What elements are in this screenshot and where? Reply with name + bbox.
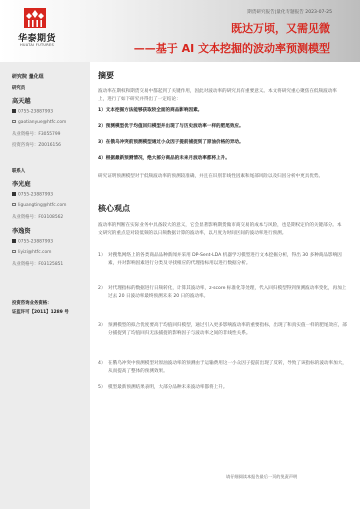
report-meta: 期货研究报告|量化专题报告 2023-07-25 bbox=[247, 9, 332, 15]
contact-email[interactable]: liyizi@htfc.com bbox=[12, 250, 51, 255]
department: 研究院 量化组 bbox=[12, 73, 44, 80]
email-icon bbox=[12, 250, 16, 253]
contact-email[interactable]: liguangting@htfc.com bbox=[12, 203, 66, 208]
core-point: 5） 模型最新预测结果表明，大部分品种未来波动率都将上升。 bbox=[98, 384, 350, 392]
contact-name: 李光庭 bbox=[12, 179, 31, 188]
core-point: 4） 在俄乌冲突中预测模型对原油波动率的预测由于运输费用这一小众因子提前出现了反… bbox=[98, 360, 350, 376]
researcher-label: 研究员 bbox=[12, 85, 25, 91]
contact-license: 从业资格号：F03125851 bbox=[12, 261, 63, 267]
report-header: 华泰期货 HUATAI FUTURES 期货研究报告|量化专题报告 2023-0… bbox=[0, 0, 360, 62]
core-point: 2） 对代理指标的数据进行日频转化，计算其波动率，z-score 标准化等处理，… bbox=[98, 285, 350, 301]
logo-mark-icon bbox=[24, 8, 46, 28]
finding-1: 1）文本挖掘方法能够获取较全面的商品影响因素。 bbox=[98, 107, 348, 115]
logo-name-en: HUATAI FUTURES bbox=[12, 43, 62, 47]
email-icon bbox=[12, 120, 16, 123]
core-point: 1） 对搜集网络上的各类商品品种新闻并采用 DP-Sent-LDA 机器学习模型… bbox=[98, 252, 350, 268]
researcher-invest-license: 投资咨询号：Z0016156 bbox=[12, 142, 61, 148]
contact-license: 从业资格号：F03108562 bbox=[12, 214, 63, 220]
researcher-email[interactable]: gaotianyue@htfc.com bbox=[12, 120, 66, 125]
report-title: 既达万顷，又需见微 bbox=[231, 20, 330, 36]
phone-icon bbox=[12, 239, 16, 243]
core-intro: 波动率的判断在实际业务中具备较大的意义，它会显著影响期货做市商交易的成本与风险，… bbox=[98, 222, 344, 238]
finding-3: 3）在俄乌冲突前预测模型通过小众因子提前捕捉到了原油价格的异动。 bbox=[98, 139, 348, 147]
qualification-label: 投资咨询业务资格： bbox=[12, 300, 52, 306]
qualification-license: 证监许可【2011】1289 号 bbox=[12, 309, 69, 315]
contact-label: 联系人 bbox=[12, 168, 25, 174]
researcher-name: 高天越 bbox=[12, 96, 31, 105]
researcher-phone: 0755-23887993 bbox=[12, 109, 53, 114]
contact-phone: 0755-23887993 bbox=[12, 239, 53, 244]
contact-phone: 0755-23887993 bbox=[12, 192, 53, 197]
finding-4: 4）根据最新预测情况，绝大部分商品的未来月波动率都将上升。 bbox=[98, 155, 348, 163]
contact-name: 李逸资 bbox=[12, 226, 31, 235]
abstract-heading: 摘要 bbox=[98, 70, 114, 81]
finding-2: 2）预测模型优于均值回归模型并出现了与历史波动率一样的肥尾效应。 bbox=[98, 123, 348, 131]
core-point: 3） 预测模型的拟合优度要高于均值回归模型，通过引入更多影响波动率的重要指标，出… bbox=[98, 322, 350, 338]
abstract-intro: 波动率在期权和期货交易中都起到了关键作用，因此对波动率的研究具有重要意义。本文将… bbox=[98, 88, 344, 104]
email-icon bbox=[12, 203, 16, 206]
author-sidebar: 研究院 量化组 研究员 高天越 0755-23887993 gaotianyue… bbox=[0, 62, 90, 509]
phone-icon bbox=[12, 192, 16, 196]
researcher-license: 从业资格号：F3055799 bbox=[12, 131, 60, 137]
company-logo: 华泰期货 HUATAI FUTURES bbox=[12, 8, 62, 56]
disclaimer-note: 请仔细阅读本报告最后一页的免责声明 bbox=[226, 474, 297, 480]
report-body: 摘要 波动率在期权和期货交易中都起到了关键作用，因此对波动率的研究具有重要意义。… bbox=[90, 62, 360, 509]
phone-icon bbox=[12, 109, 16, 113]
report-subtitle: ——基于 AI 文本挖掘的波动率预测模型 bbox=[134, 40, 330, 56]
core-heading: 核心观点 bbox=[98, 203, 130, 214]
abstract-conclusion: 研究证明预测模型对于低频波动率的预测较准确，并且在识别非线性因素和尾部风险以及归… bbox=[98, 173, 344, 181]
